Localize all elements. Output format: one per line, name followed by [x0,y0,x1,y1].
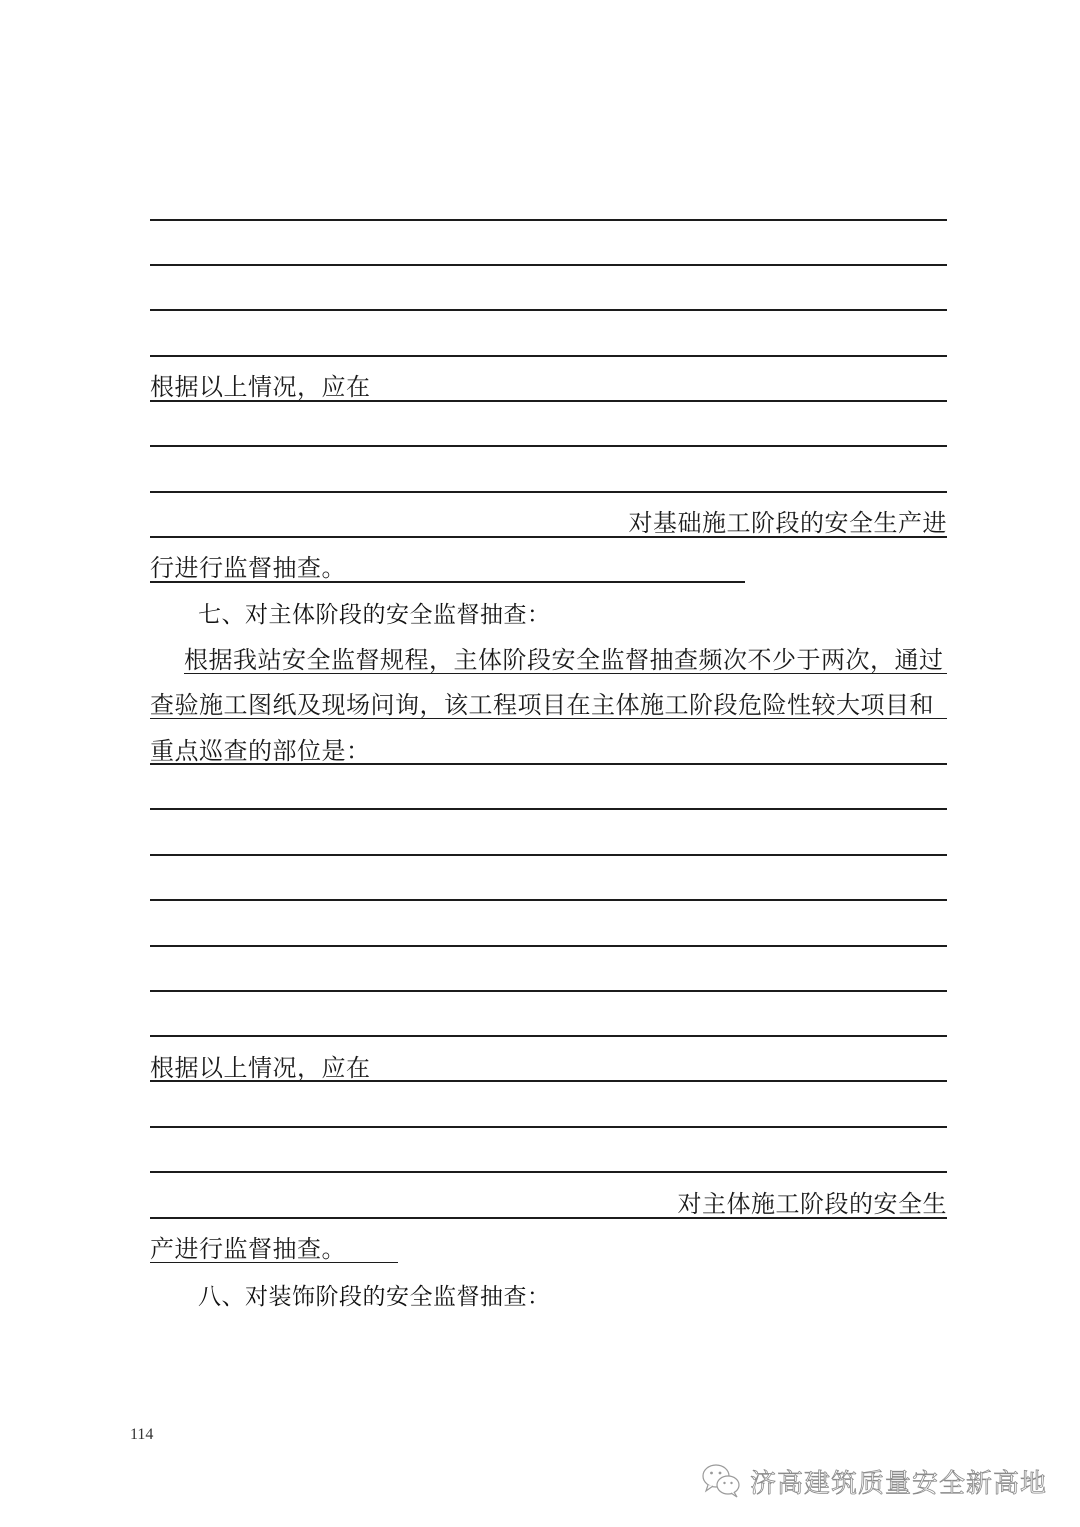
conclusion-prefix: 根据以上情况，应在 [150,373,371,401]
blank-fill-line [150,1035,947,1037]
blank-fill-line [150,1080,947,1082]
section7-intro-line2: 查验施工图纸及现场问询，该工程项目在主体施工阶段危险性较大项目和 [150,691,934,719]
blank-fill-line [150,1126,947,1128]
conclusion-end-last: 产进行监督抽查。 [150,1235,346,1263]
blank-fill-line [150,899,947,901]
blank-fill-line-short [150,1262,398,1263]
blank-fill-line [150,536,947,538]
blank-fill-line [150,491,947,493]
section7-intro-line3: 重点巡查的部位是： [150,737,371,765]
section-heading-7: 七、对主体阶段的安全监督抽查： [198,601,551,629]
conclusion-end-text: 对基础施工阶段的安全生产进 [150,509,947,537]
conclusion-end-last: 行进行监督抽查。 [150,554,346,582]
text-underline [184,673,947,674]
text-underline [150,718,947,719]
blank-fill-line [150,763,947,765]
conclusion-prefix: 根据以上情况，应在 [150,1054,371,1082]
watermark: 济高建筑质量安全新高地 [700,1461,1047,1501]
blank-fill-line [150,945,947,947]
conclusion-end-text: 对主体施工阶段的安全生 [150,1190,947,1218]
blank-fill-line [150,355,947,357]
blank-fill-line [150,1217,947,1219]
blank-fill-line [150,990,947,992]
watermark-text: 济高建筑质量安全新高地 [750,1463,1047,1500]
blank-fill-line [150,1171,947,1173]
blank-fill-line [150,309,947,311]
blank-fill-line [150,219,947,221]
blank-fill-line [150,264,947,266]
section7-intro-line1: 根据我站安全监督规程，主体阶段安全监督抽查频次不少于两次，通过 [184,646,944,674]
blank-fill-line [150,854,947,856]
document-page: 根据以上情况，应在 对基础施工阶段的安全生产进 行进行监督抽查。 七、对主体阶段… [0,0,1080,1527]
blank-fill-line [150,400,947,402]
blank-fill-line [150,808,947,810]
section-heading-8: 八、对装饰阶段的安全监督抽查： [198,1283,551,1311]
blank-fill-line-short [150,581,745,583]
wechat-icon [700,1461,744,1501]
page-number: 114 [130,1426,153,1444]
blank-fill-line [150,445,947,447]
